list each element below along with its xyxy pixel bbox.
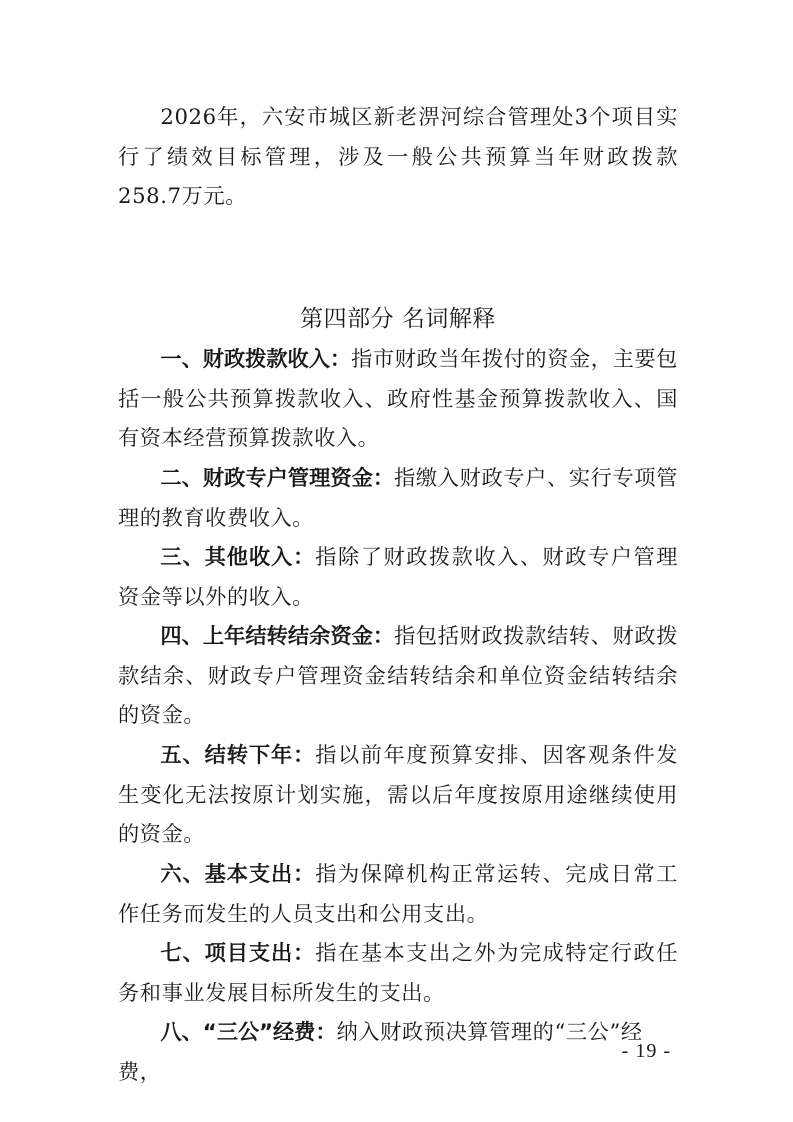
definition-three-public-expenses: 八、“三公”经费：纳入财政预决算管理的“三公”经费，	[118, 1012, 678, 1091]
definition-term: 七、项目支出：	[160, 940, 315, 965]
definition-fiscal-appropriation: 一、财政拨款收入：指市财政当年拨付的资金，主要包括一般公共预算拨款收入、政府性基…	[118, 339, 678, 458]
page-number: - 19 -	[622, 1040, 671, 1063]
definition-term: 三、其他收入：	[160, 544, 315, 569]
intro-paragraph: 2026年，六安市城区新老淠河综合管理处3个项目实行了绩效目标管理，涉及一般公共…	[118, 97, 678, 216]
definition-term: 五、结转下年：	[160, 742, 315, 767]
section-title: 第四部分 名词解释	[118, 299, 678, 339]
definition-project-expenditure: 七、项目支出：指在基本支出之外为完成特定行政任务和事业发展目标所发生的支出。	[118, 933, 678, 1012]
intro-text: 2026年，六安市城区新老淠河综合管理处3个项目实行了绩效目标管理，涉及一般公共…	[118, 104, 678, 208]
definition-term: 四、上年结转结余资金：	[160, 623, 394, 648]
definition-prior-year-balance: 四、上年结转结余资金：指包括财政拨款结转、财政拨款结余、财政专户管理资金结转结余…	[118, 616, 678, 735]
definition-special-account-funds: 二、财政专户管理资金：指缴入财政专户、实行专项管理的教育收费收入。	[118, 458, 678, 537]
definition-term: 二、财政专户管理资金：	[160, 465, 394, 490]
definition-carry-forward: 五、结转下年：指以前年度预算安排、因客观条件发生变化无法按原计划实施，需以后年度…	[118, 735, 678, 854]
definition-term: 六、基本支出：	[160, 861, 315, 886]
definition-term: 八、“三公”经费：	[160, 1019, 336, 1044]
definition-term: 一、财政拨款收入：	[160, 346, 351, 371]
definition-basic-expenditure: 六、基本支出：指为保障机构正常运转、完成日常工作任务而发生的人员支出和公用支出。	[118, 854, 678, 933]
definition-other-income: 三、其他收入：指除了财政拨款收入、财政专户管理资金等以外的收入。	[118, 537, 678, 616]
